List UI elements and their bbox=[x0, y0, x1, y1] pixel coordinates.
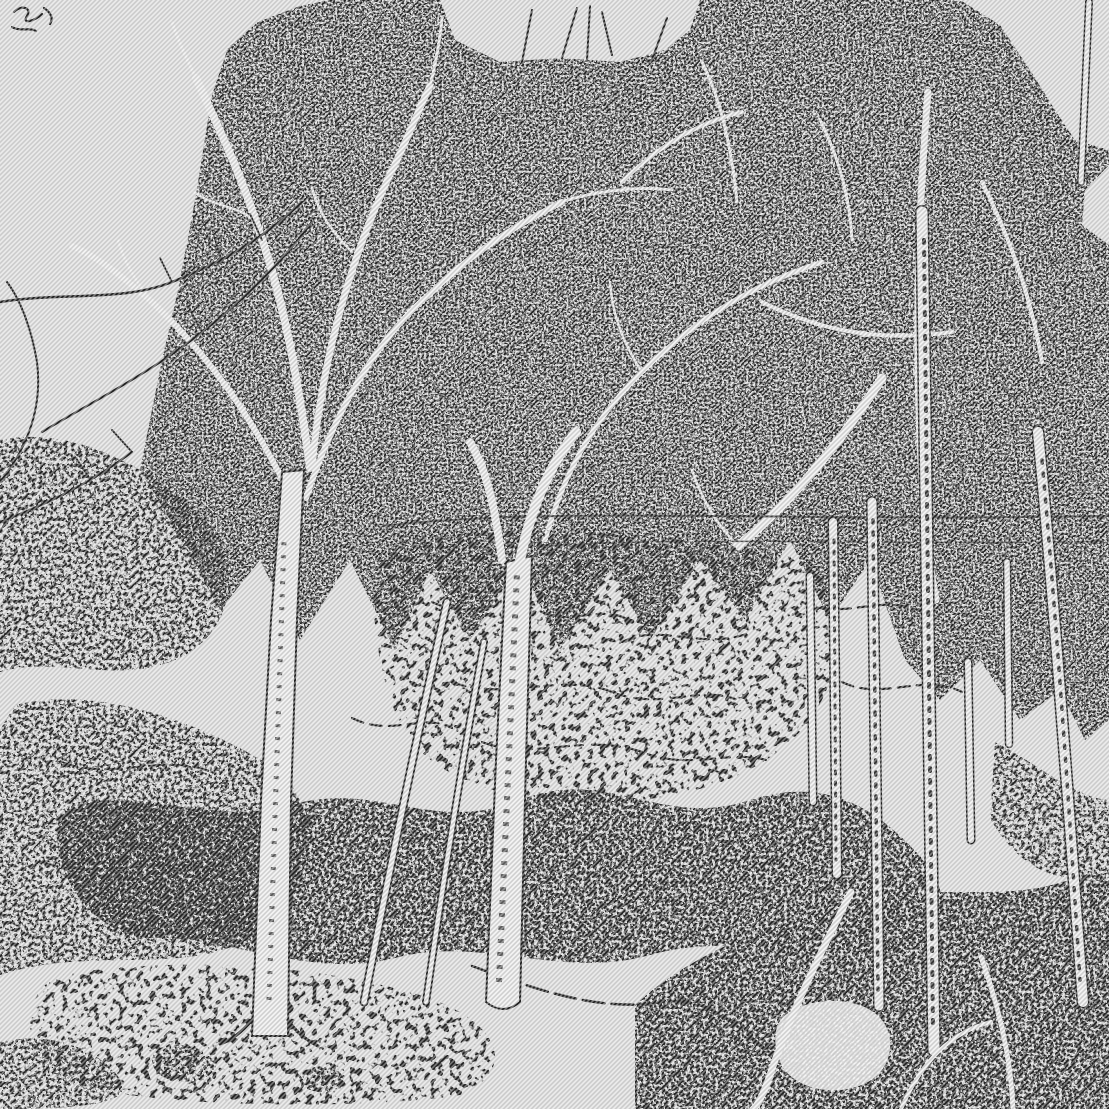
hatch-overlay bbox=[0, 0, 1109, 1109]
forest-etching-image bbox=[0, 0, 1109, 1109]
forest-etching-canvas bbox=[0, 0, 1109, 1109]
